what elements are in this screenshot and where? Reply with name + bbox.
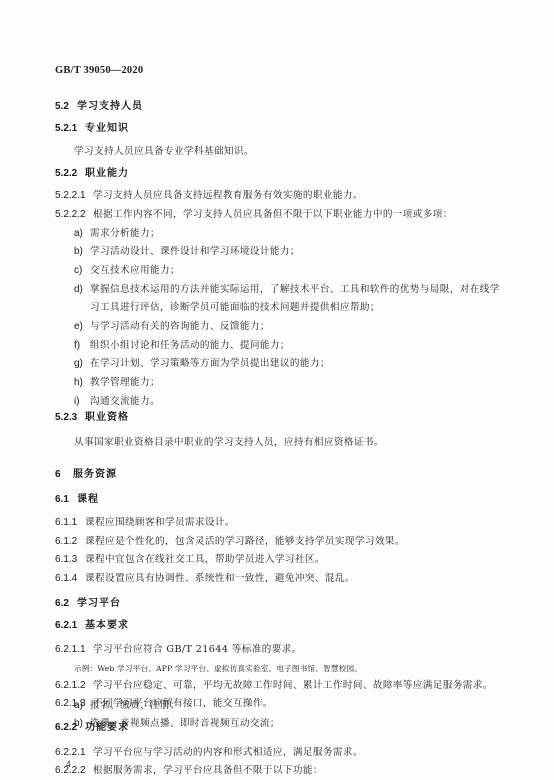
paragraph: 学习支持人员应具备专业学科基础知识。: [74, 139, 254, 158]
list-item: a)报名、缴费、注册；: [74, 693, 180, 712]
list-item-text: 教学管理能力；: [90, 377, 160, 388]
clause-text: 学习平台应符合 GB/T 21644 等标准的要求。: [93, 644, 302, 655]
list-marker: c): [74, 265, 90, 276]
clause-number: 6.2.1.2: [55, 680, 93, 691]
list-item-text: 与学习活动有关的咨询能力、反馈能力；: [90, 321, 270, 332]
document-header: GB/T 39050—2020: [55, 65, 143, 76]
section-title: 课程: [77, 494, 99, 505]
list-marker: a): [74, 700, 90, 711]
clause-number: 5.2.2.2: [55, 209, 93, 220]
clause: 5.2.2.2根据工作内容不同，学习支持人员应具备但不限于以下职业能力中的一项或…: [55, 202, 453, 221]
section-title: 职业能力: [85, 168, 129, 179]
clause-text: 学习平台应稳定、可靠，平均无故障工作时间、累计工作时间、故障率等应满足服务需求。: [93, 680, 493, 691]
list-item-text: 掌握信息技术运用的方法并能实际运用，了解技术平台、工具和软件的优势与局限，对在线…: [90, 284, 500, 295]
list-marker: e): [74, 321, 90, 332]
section-title: 专业知识: [85, 123, 129, 134]
clause-text: 根据服务需求，学习平台应具备但不限于以下功能：: [93, 765, 323, 776]
clause-number: 6.1.3: [55, 554, 85, 565]
list-item: g)在学习计划、学习策略等方面为学员提出建议的能力；: [74, 351, 330, 370]
clause: 6.1.2课程应是个性化的，包含灵活的学习路径，能够支持学员实现学习效果。: [55, 529, 405, 548]
section-heading: 6服务资源: [55, 462, 117, 481]
section-number: 6.2.1: [55, 620, 85, 631]
list-marker: g): [74, 358, 90, 369]
list-item: h)教学管理能力；: [74, 370, 160, 389]
clause: 6.1.3课程中宜包含在线社交工具，帮助学员进入学习社区。: [55, 547, 325, 566]
clause: 5.2.2.1学习支持人员应具备支持远程教育服务有效实施的职业能力。: [55, 183, 363, 202]
clause-text: 课程应是个性化的，包含灵活的学习路径，能够支持学员实现学习效果。: [85, 536, 405, 547]
list-item: c)交互技术应用能力；: [74, 258, 180, 277]
clause: 6.2.1.1学习平台应符合 GB/T 21644 等标准的要求。: [55, 637, 302, 656]
clause: 6.2.1.2学习平台应稳定、可靠，平均无故障工作时间、累计工作时间、故障率等应…: [55, 673, 493, 692]
section-title: 职业资格: [85, 412, 129, 423]
section-heading: 5.2.3职业资格: [55, 405, 129, 424]
list-marker: b): [74, 246, 90, 257]
list-item-text: 学习活动设计、课件设计和学习环境设计能力；: [90, 246, 300, 257]
list-item-text: 需求分析能力；: [90, 228, 160, 239]
list-marker: h): [74, 377, 90, 388]
clause-number: 6.1.1: [55, 517, 85, 528]
list-item: b)学习活动设计、课件设计和学习环境设计能力；: [74, 239, 300, 258]
list-item-text: 交互技术应用能力；: [90, 265, 180, 276]
section-number: 5.2: [55, 101, 77, 112]
clause-number: 6.2.1.1: [55, 644, 93, 655]
list-item-text: 选课、音视频点播、即时音视频互动交流；: [90, 718, 280, 729]
clause: 6.1.4课程设置应具有协调性、系统性和一致性，避免冲突、混乱。: [55, 566, 355, 585]
clause-text: 学习支持人员应具备支持远程教育服务有效实施的职业能力。: [93, 190, 363, 201]
clause-number: 6.1.2: [55, 536, 85, 547]
section-number: 6: [55, 469, 73, 480]
clause-text: 课程设置应具有协调性、系统性和一致性，避免冲突、混乱。: [85, 573, 355, 584]
section-number: 5.2.2: [55, 168, 85, 179]
section-title: 学习平台: [77, 598, 121, 609]
list-item: e)与学习活动有关的咨询能力、反馈能力；: [74, 314, 270, 333]
paragraph: 从事国家职业资格目录中职业的学习支持人员，应持有相应资格证书。: [74, 430, 384, 449]
section-heading: 6.2.1基本要求: [55, 613, 129, 632]
list-marker: f): [74, 340, 90, 351]
list-item-text: 在学习计划、学习策略等方面为学员提出建议的能力；: [90, 358, 330, 369]
section-number: 5.2.3: [55, 412, 85, 423]
list-item: b)选课、音视频点播、即时音视频互动交流；: [74, 711, 280, 730]
clause-text: 课程应围绕顾客和学员需求设计。: [85, 517, 235, 528]
section-title: 服务资源: [73, 469, 117, 480]
section-heading: 5.2.2职业能力: [55, 161, 129, 180]
clause-text: 学习平台应与学习活动的内容和形式相适应，满足服务需求。: [93, 747, 363, 758]
clause-text: 根据工作内容不同，学习支持人员应具备但不限于以下职业能力中的一项或多项：: [93, 209, 453, 220]
clause-number: 5.2.2.1: [55, 190, 93, 201]
section-number: 6.1: [55, 494, 77, 505]
section-heading: 5.2.1专业知识: [55, 116, 129, 135]
section-heading: 5.2学习支持人员: [55, 94, 143, 113]
list-item: a)需求分析能力；: [74, 221, 160, 240]
list-item-text: 组织小组讨论和任务活动的能力、提问能力；: [90, 340, 290, 351]
clause-text: 课程中宜包含在线社交工具，帮助学员进入学习社区。: [85, 554, 325, 565]
clause-number: 6.1.4: [55, 573, 85, 584]
list-marker: a): [74, 228, 90, 239]
section-title: 学习支持人员: [77, 101, 143, 112]
list-marker: b): [74, 718, 90, 729]
clause: 6.2.2.2根据服务需求，学习平台应具备但不限于以下功能：: [55, 758, 323, 777]
page-number: 4: [66, 759, 71, 769]
clause: 6.2.2.1学习平台应与学习活动的内容和形式相适应，满足服务需求。: [55, 740, 363, 759]
clause: 6.1.1课程应围绕顾客和学员需求设计。: [55, 510, 235, 529]
list-item-continuation: 习工具进行评估，诊断学员可能面临的技术问题并提供相应帮助；: [90, 295, 380, 314]
list-marker: d): [74, 284, 90, 295]
section-number: 5.2.1: [55, 123, 85, 134]
list-item-text: 报名、缴费、注册；: [90, 700, 180, 711]
clause-number: 6.2.2.2: [55, 765, 93, 776]
clause-number: 6.2.2.1: [55, 747, 93, 758]
section-heading: 6.1课程: [55, 487, 99, 506]
section-title: 基本要求: [85, 620, 129, 631]
list-item: f)组织小组讨论和任务活动的能力、提问能力；: [74, 333, 290, 352]
list-item: d)掌握信息技术运用的方法并能实际运用，了解技术平台、工具和软件的优势与局限，对…: [74, 277, 500, 296]
section-number: 6.2: [55, 598, 77, 609]
section-heading: 6.2学习平台: [55, 591, 121, 610]
